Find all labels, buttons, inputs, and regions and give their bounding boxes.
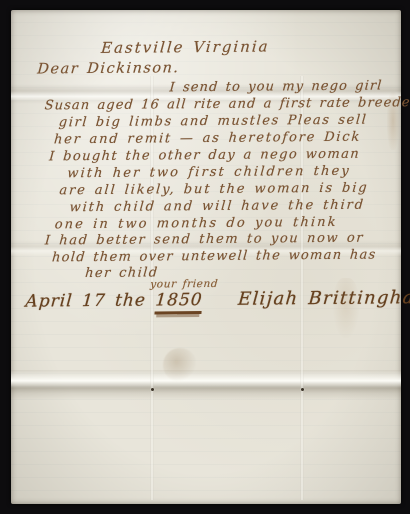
signature: Elijah Brittingham Jr	[237, 287, 410, 310]
body-line: are all likely, but the woman is big	[59, 181, 369, 199]
body-line: I bought the other day a nego woman	[49, 147, 361, 165]
body-line: her child	[85, 265, 159, 281]
opening-line: I send to you my nego girl	[169, 78, 383, 95]
body-line: Susan aged 16 all rite and a first rate …	[44, 95, 410, 113]
salutation-line: Dear Dickinson.	[37, 60, 180, 77]
date-and-signature-line: April 17 the 1850 Elijah Brittingham Jr	[24, 287, 410, 316]
body-line: with child and will have the third	[69, 198, 366, 216]
date-year-underlined: 1850	[154, 290, 203, 314]
body-line: hold them over untewell the woman has	[51, 248, 377, 266]
handwritten-text-layer: Eastville Virginia Dear Dickinson. I sen…	[9, 8, 403, 505]
body-line: with her two first children they	[67, 164, 352, 181]
body-line: I had better send them to you now or	[44, 231, 364, 249]
place-line: Eastville Virginia	[100, 37, 270, 56]
date-prefix: April 17 the	[25, 291, 147, 312]
body-line: one in two months do you think	[54, 215, 338, 232]
body-line: her and remit — as heretofore Dick	[53, 130, 361, 148]
body-line: girl big limbs and mustles Pleas sell	[58, 113, 368, 131]
photo-background: Eastville Virginia Dear Dickinson. I sen…	[0, 0, 410, 514]
letter-paper: Eastville Virginia Dear Dickinson. I sen…	[11, 10, 401, 504]
